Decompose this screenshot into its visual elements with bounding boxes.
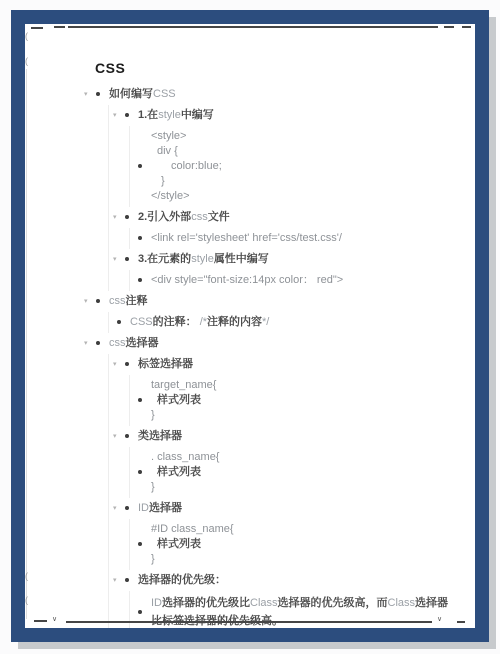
- item-text: ID选择器: [138, 501, 182, 516]
- text-segment: style: [158, 109, 181, 121]
- outline-row-write-in-style[interactable]: ▾ 1.在style中编写: [113, 105, 475, 126]
- outline-row-comment-detail[interactable]: CSS的注释： /*注释的内容*/: [113, 312, 475, 333]
- text-segment: css: [191, 211, 208, 223]
- code-block: #ID class_name{ 样式列表 }: [151, 522, 234, 567]
- collapse-arrow-icon[interactable]: ▾: [113, 429, 125, 444]
- code-line: div {: [151, 144, 222, 159]
- outline-row-tag-selector[interactable]: ▾ 标签选择器: [113, 354, 475, 375]
- bullet-icon[interactable]: [125, 108, 138, 123]
- outline-row-external-css[interactable]: ▾ 2.引入外部css文件: [113, 207, 475, 228]
- code-line: <style>: [151, 129, 222, 144]
- code-line: 样式列表: [151, 393, 216, 408]
- code-line: color:blue;: [151, 159, 222, 174]
- text-segment: 中编写: [181, 109, 214, 121]
- text-segment: */: [262, 316, 269, 328]
- item-text: 类选择器: [138, 429, 182, 444]
- code-line: }: [151, 174, 222, 189]
- artifact-top-dash: [462, 26, 471, 28]
- text-segment: 注释的内容: [207, 316, 262, 328]
- bullet-icon[interactable]: [125, 252, 138, 267]
- outline-row-selector-priority[interactable]: ▾ 选择器的优先级：: [113, 570, 475, 591]
- bullet-icon[interactable]: [96, 87, 109, 102]
- children-group: <link rel='stylesheet' href='css/test.cs…: [129, 228, 475, 249]
- code-line: </style>: [151, 189, 222, 204]
- artifact-bottom-dash: [457, 621, 465, 623]
- text-segment: 文件: [208, 211, 230, 223]
- code-line: 样式列表: [151, 537, 234, 552]
- bullet-icon[interactable]: [138, 465, 151, 480]
- outline-node-id-selector: ▾ ID选择器 #ID class_name{ 样式列表: [113, 498, 475, 570]
- bullet-icon[interactable]: [96, 294, 109, 309]
- children-group: ▾ 1.在style中编写 <style> div {: [108, 105, 475, 291]
- children-group: CSS的注释： /*注释的内容*/: [108, 312, 475, 333]
- children-group: #ID class_name{ 样式列表 }: [129, 519, 475, 570]
- bullet-icon[interactable]: [138, 537, 151, 552]
- collapse-arrow-icon[interactable]: ▾: [113, 210, 125, 225]
- outline-node-how-to-write-css: ▾ 如何编写CSS ▾ 1.在style中编写: [84, 84, 475, 291]
- outline-row-class-code[interactable]: . class_name{ 样式列表 }: [134, 447, 475, 498]
- code-line: 样式列表: [151, 465, 219, 480]
- code-block: <style> div { color:blue; } </style>: [151, 129, 222, 204]
- artifact-top-dash: [444, 26, 454, 28]
- code-block: target_name{ 样式列表 }: [151, 378, 216, 423]
- text-segment: 选择器的优先级高，而: [278, 597, 388, 609]
- code-text: <link rel='stylesheet' href='css/test.cs…: [151, 231, 342, 246]
- item-text: 1.在style中编写: [138, 108, 214, 123]
- item-text: css注释: [109, 294, 148, 309]
- artifact-paren-mark: (: [25, 32, 28, 41]
- outline-node-external-css: ▾ 2.引入外部css文件 <link rel='stylesheet' hre…: [113, 207, 475, 249]
- artifact-paren-mark: (: [25, 57, 28, 66]
- bullet-icon[interactable]: [125, 357, 138, 372]
- outline-row-how-to-write-css[interactable]: ▾ 如何编写CSS: [84, 84, 475, 105]
- bullet-icon[interactable]: [117, 315, 130, 330]
- outline-node-tag-selector: ▾ 标签选择器 target_name{ 样式列表: [113, 354, 475, 426]
- text-segment: 的注释：: [153, 316, 200, 328]
- bullet-icon[interactable]: [125, 210, 138, 225]
- code-line: #ID class_name{: [151, 522, 234, 537]
- outline-row-css-selector[interactable]: ▾ css选择器: [84, 333, 475, 354]
- outline-row-class-selector[interactable]: ▾ 类选择器: [113, 426, 475, 447]
- collapse-arrow-icon[interactable]: ▾: [113, 357, 125, 372]
- artifact-top-line: [68, 26, 438, 28]
- text-segment: 属性中编写: [214, 253, 269, 265]
- bullet-icon[interactable]: [96, 336, 109, 351]
- text-segment: ID: [138, 502, 149, 514]
- text-segment: CSS: [130, 316, 153, 328]
- text-segment: 类选择器: [138, 430, 182, 442]
- outline-node-inline-style: ▾ 3.在元素的style属性中编写 <div style="font-size…: [113, 249, 475, 291]
- collapse-arrow-icon[interactable]: ▾: [113, 573, 125, 588]
- text-segment: Class: [388, 597, 416, 609]
- code-block: . class_name{ 样式列表 }: [151, 450, 219, 495]
- collapse-arrow-icon[interactable]: ▾: [84, 87, 96, 102]
- bullet-icon[interactable]: [138, 231, 151, 246]
- text-segment: /*: [200, 316, 207, 328]
- document-frame: ( ( ( ( ∨ ∨ CSS ▾ 如何编写CSS: [11, 10, 489, 642]
- outline-node-css-comment: ▾ css注释 CSS的注释： /*注释的内容*/: [84, 291, 475, 333]
- text-segment: Class: [250, 597, 278, 609]
- outline-row-tag-code[interactable]: target_name{ 样式列表 }: [134, 375, 475, 426]
- artifact-top-dash: [31, 27, 43, 29]
- text-segment: 标签选择器: [138, 358, 193, 370]
- code-line: }: [151, 480, 219, 495]
- text-segment: 选择器: [126, 337, 159, 349]
- bullet-icon[interactable]: [138, 273, 151, 288]
- item-text: 3.在元素的style属性中编写: [138, 252, 269, 267]
- code-line: target_name{: [151, 378, 216, 393]
- bullet-icon[interactable]: [138, 605, 151, 620]
- page-title: CSS: [95, 60, 475, 76]
- artifact-bottom-dash: [34, 620, 47, 622]
- children-group: target_name{ 样式列表 }: [129, 375, 475, 426]
- outline-row-css-comment[interactable]: ▾ css注释: [84, 291, 475, 312]
- outline-node-class-selector: ▾ 类选择器 . class_name{ 样式列表: [113, 426, 475, 498]
- artifact-top-dash: [54, 26, 65, 28]
- children-group: <style> div { color:blue; } </style>: [129, 126, 475, 207]
- text-segment: 3.在元素的: [138, 253, 191, 265]
- text-segment: css: [109, 337, 126, 349]
- collapse-arrow-icon[interactable]: ▾: [113, 108, 125, 123]
- item-text: 选择器的优先级：: [138, 573, 226, 588]
- bullet-icon[interactable]: [138, 393, 151, 408]
- outline-row-link-code[interactable]: <link rel='stylesheet' href='css/test.cs…: [134, 228, 475, 249]
- bullet-icon[interactable]: [125, 501, 138, 516]
- outline-row-id-selector[interactable]: ▾ ID选择器: [113, 498, 475, 519]
- code-line: . class_name{: [151, 450, 219, 465]
- code-line: }: [151, 552, 234, 567]
- code-text: <div style="font-size:14px color： red">: [151, 273, 343, 288]
- text-segment: 2.引入外部: [138, 211, 191, 223]
- text-segment: 选择器的优先级比: [162, 597, 250, 609]
- text-segment: 选择器的优先级：: [138, 574, 226, 586]
- children-group: . class_name{ 样式列表 }: [129, 447, 475, 498]
- outline-row-div-code[interactable]: <div style="font-size:14px color： red">: [134, 270, 475, 291]
- document-page: ( ( ( ( ∨ ∨ CSS ▾ 如何编写CSS: [25, 24, 475, 628]
- text-segment: ID: [151, 597, 162, 609]
- item-text: CSS的注释： /*注释的内容*/: [130, 315, 269, 330]
- collapse-arrow-icon[interactable]: ▾: [113, 252, 125, 267]
- outline-node-css-selector: ▾ css选择器 ▾ 标签选择器: [84, 333, 475, 628]
- text-segment: css: [109, 295, 126, 307]
- outline-row-id-code[interactable]: #ID class_name{ 样式列表 }: [134, 519, 475, 570]
- artifact-paren-mark: (: [25, 572, 28, 581]
- outline-tree: ▾ 如何编写CSS ▾ 1.在style中编写: [84, 84, 475, 628]
- item-text: 如何编写CSS: [109, 87, 176, 102]
- bullet-icon[interactable]: [125, 573, 138, 588]
- text-segment: 1.在: [138, 109, 158, 121]
- artifact-paren-mark: (: [25, 596, 28, 605]
- item-text: 标签选择器: [138, 357, 193, 372]
- outline-row-style-code[interactable]: <style> div { color:blue; } </style>: [134, 126, 475, 207]
- collapse-arrow-icon[interactable]: ▾: [113, 501, 125, 516]
- artifact-vee-mark: ∨: [437, 616, 442, 623]
- children-group: ▾ 标签选择器 target_name{ 样式列表: [108, 354, 475, 628]
- outline-row-inline-style[interactable]: ▾ 3.在元素的style属性中编写: [113, 249, 475, 270]
- children-group: <div style="font-size:14px color： red">: [129, 270, 475, 291]
- artifact-left-line: [26, 69, 27, 619]
- outline-node-write-in-style: ▾ 1.在style中编写 <style> div {: [113, 105, 475, 207]
- artifact-bottom-line: [66, 621, 432, 623]
- bullet-icon[interactable]: [125, 429, 138, 444]
- item-text: 2.引入外部css文件: [138, 210, 230, 225]
- artifact-vee-mark: ∨: [52, 616, 57, 623]
- bullet-icon[interactable]: [138, 159, 151, 174]
- text-segment: 注释: [126, 295, 148, 307]
- text-segment: 选择器: [149, 502, 182, 514]
- text-segment: style: [191, 253, 214, 265]
- outline-node-selector-priority: ▾ 选择器的优先级： ID选择器的优先级比Class选择器的优先级高，而Clas…: [113, 570, 475, 628]
- item-text: css选择器: [109, 336, 159, 351]
- text-segment: CSS: [153, 88, 176, 100]
- text-segment: 如何编写: [109, 88, 153, 100]
- collapse-arrow-icon[interactable]: ▾: [84, 336, 96, 351]
- collapse-arrow-icon[interactable]: ▾: [84, 294, 96, 309]
- code-line: }: [151, 408, 216, 423]
